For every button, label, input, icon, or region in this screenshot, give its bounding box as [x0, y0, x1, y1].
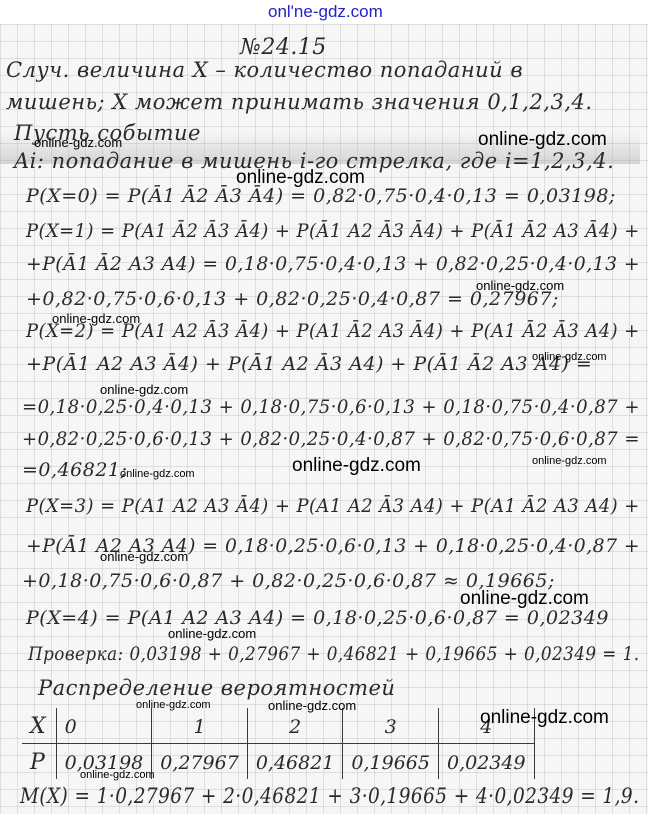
watermark: online-gdz.com — [532, 352, 607, 363]
p3-line-1: P(X=3) = P(A1 A2 A3 Ā4) + P(A1 A2 Ā3 A4)… — [26, 497, 640, 516]
watermark: online-gdz.com — [268, 699, 356, 712]
watermark: online-gdz.com — [136, 700, 211, 711]
p2-line-3: =0,18·0,25·0,4·0,13 + 0,18·0,75·0,6·0,13… — [22, 398, 640, 417]
p-value: 0,19665 — [343, 744, 439, 780]
x-value: 0 — [56, 708, 152, 744]
watermark: online-gdz.com — [100, 550, 188, 563]
p1-line-2: +P(Ā1 Ā2 A3 A4) = 0,18·0,75·0,4·0,13 + 0… — [26, 255, 640, 274]
x-header: X — [22, 708, 56, 744]
p2-line-2: +P(Ā1 A2 A3 Ā4) + P(Ā1 A2 Ā3 A4) + P(Ā1 … — [26, 355, 592, 374]
p2-line-4: +0,82·0,25·0,6·0,13 + 0,82·0,25·0,4·0,87… — [22, 430, 640, 449]
p-value: 0,02349 — [438, 744, 534, 780]
watermark: online-gdz.com — [168, 627, 256, 640]
watermark: online-gdz.com — [478, 130, 607, 149]
watermark: online-gdz.com — [476, 279, 564, 292]
p-value: 0,27967 — [152, 744, 248, 780]
check-line: Проверка: 0,03198 + 0,27967 + 0,46821 + … — [28, 645, 639, 664]
intro-line-2: мишень; X может принимать значения 0,1,2… — [6, 92, 593, 113]
expectation-line: M(X) = 1·0,27967 + 2·0,46821 + 3·0,19665… — [20, 786, 639, 807]
p2-line-5: =0,46821; — [22, 461, 127, 480]
watermark: online-gdz.com — [120, 469, 195, 480]
watermark: online-gdz.com — [532, 456, 607, 467]
watermark: online-gdz.com — [100, 383, 188, 396]
p4-line: P(X=4) = P(A1 A2 A3 A4) = 0,18·0,25·0,6·… — [26, 609, 609, 628]
watermark: online-gdz.com — [236, 168, 365, 187]
watermark: online-gdz.com — [34, 136, 122, 149]
watermark: online-gdz.com — [480, 708, 609, 727]
watermark: online-gdz.com — [292, 456, 421, 475]
p-header: P — [22, 744, 56, 780]
distribution-title: Распределение вероятностей — [38, 678, 395, 699]
watermark: online-gdz.com — [52, 312, 140, 325]
x-row: X 0 1 2 3 4 — [22, 708, 534, 744]
watermark: online-gdz.com — [80, 770, 155, 781]
x-value: 2 — [247, 708, 343, 744]
watermark: online-gdz.com — [460, 589, 589, 608]
x-value: 1 — [152, 708, 248, 744]
x-value: 3 — [343, 708, 439, 744]
p0-line: P(X=0) = P(Ā1 Ā2 Ā3 Ā4) = 0,82·0,75·0,4·… — [26, 187, 616, 206]
p1-line-1: P(X=1) = P(A1 Ā2 Ā3 Ā4) + P(Ā1 A2 Ā3 Ā4)… — [26, 222, 640, 241]
watermark-top: onl'ne-gdz.com — [268, 3, 383, 20]
problem-number: №24.15 — [240, 37, 327, 59]
intro-line-1: Случ. величина X – количество попаданий … — [6, 60, 523, 81]
p-value: 0,46821 — [247, 744, 343, 780]
